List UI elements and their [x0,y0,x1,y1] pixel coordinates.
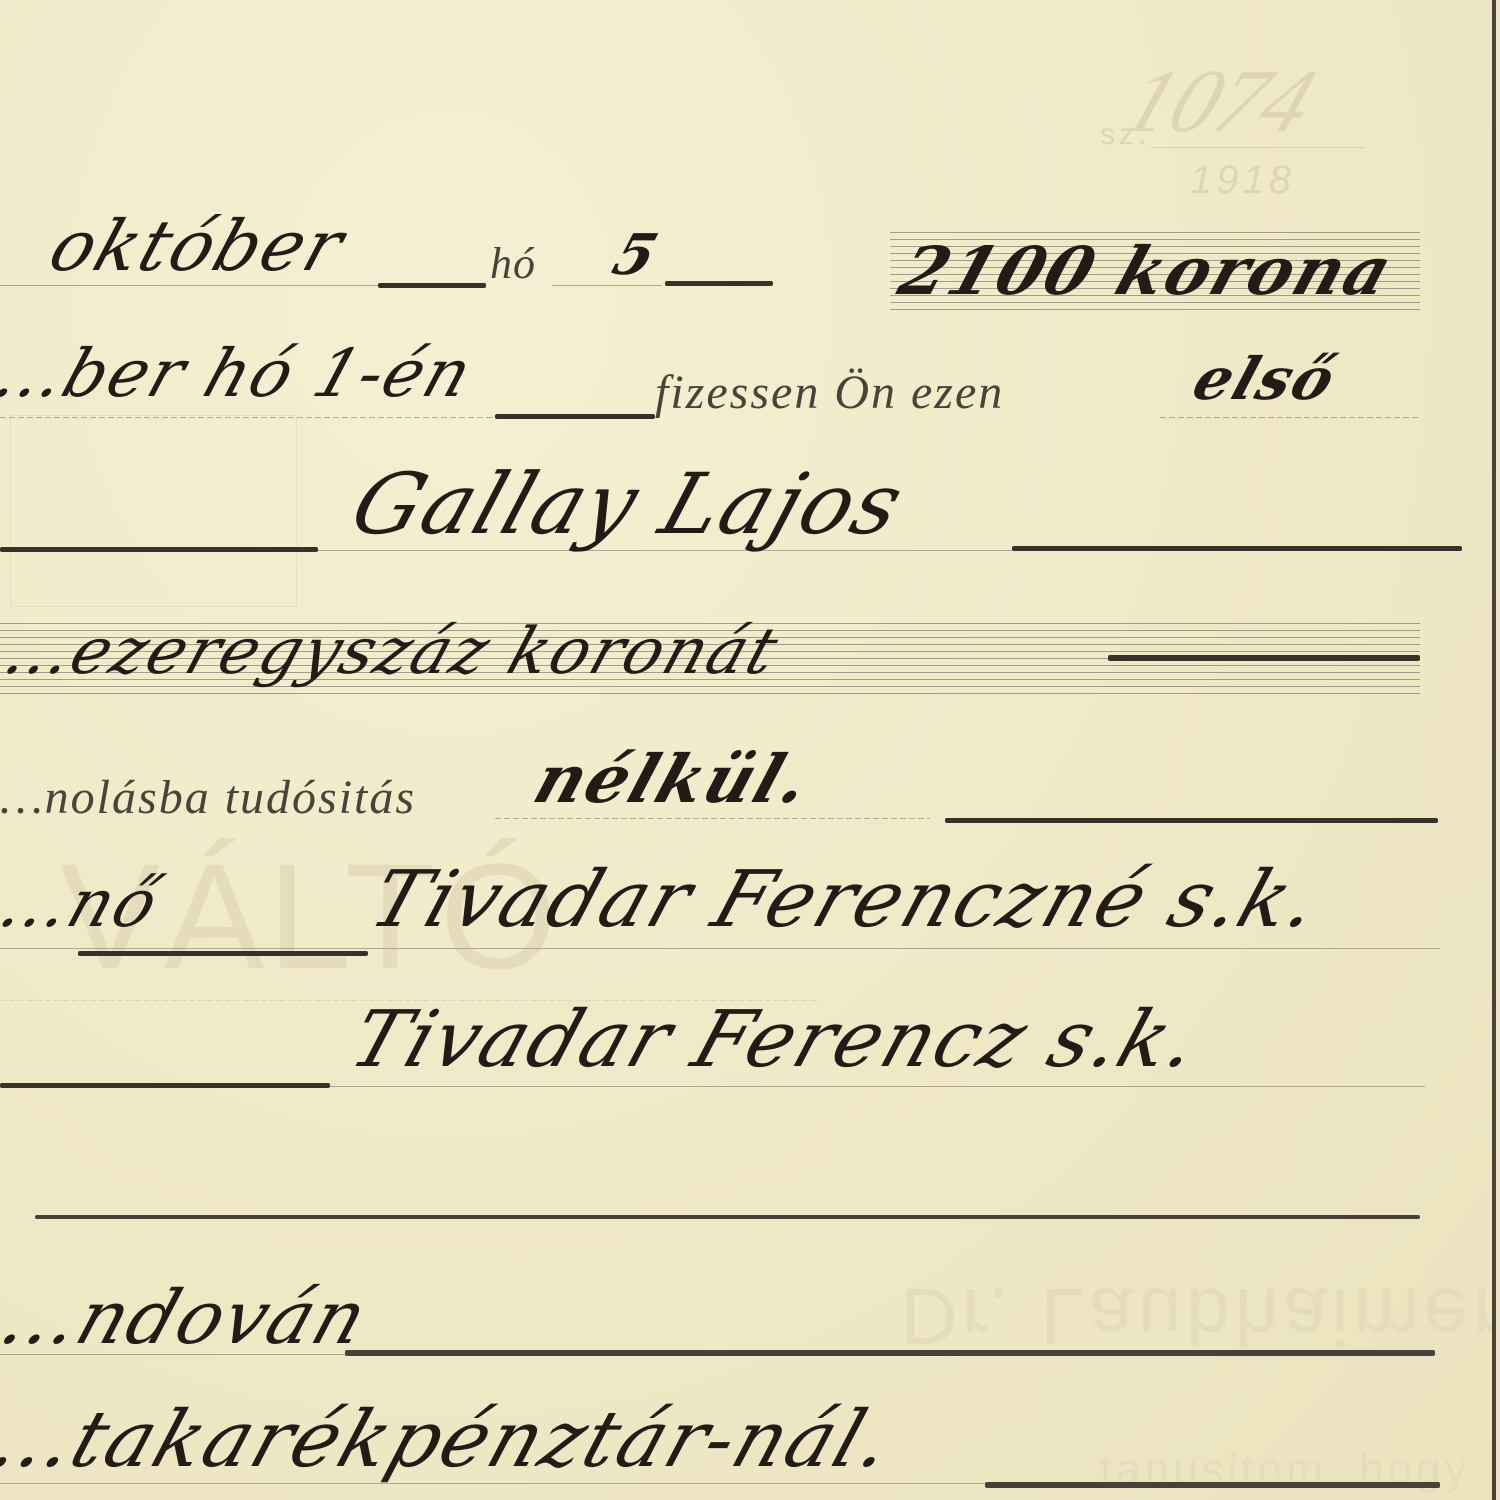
amount-handwritten: 2100 korona [890,232,1403,310]
line8-fill-bar [345,1350,1435,1356]
line3-fill-bar-left [0,547,318,552]
without-handwritten: nélkül. [525,740,821,818]
line8-rule [0,1354,345,1355]
line6-prefix-handwritten: …nő [0,865,169,942]
bank-handwritten: …takarékpénztár-nál. [0,1395,905,1485]
faint-number-mark: 1074 [1112,50,1378,150]
line2-rule-left [0,417,495,418]
line3-fill-bar-right [1012,546,1462,551]
faint-number-rule [1150,147,1365,148]
line7-rule [330,1086,1425,1087]
line6-fill-bar [78,951,368,956]
line2-fill-bar [495,414,655,419]
drawer-signature-2: Tivadar Ferencz s.k. [340,995,1211,1085]
faint-sz-label: sz. [1100,118,1150,152]
line2-rule-right [1160,417,1420,418]
line9-fill-bar [985,1482,1440,1488]
amount-words-handwritten: …ezeregyszáz koronát [0,615,788,689]
line8-top-bar [35,1215,1420,1219]
line7-fill-bar [0,1083,330,1088]
line6-rule [0,948,1440,949]
month-handwritten: október [40,205,355,287]
due-date-handwritten: …ber hó 1-én [0,335,483,412]
printed-fizessen: fizessen Ön ezen [655,365,1004,420]
line5-fill-bar [945,818,1438,823]
payee-handwritten: Gallay Lajos [340,455,917,553]
line4-fill-bar [1108,655,1420,661]
day-handwritten: 5 [605,222,667,288]
line1-fill-bar-a [378,283,486,288]
first-handwritten: első [1185,345,1345,413]
watermark-bank-name: Dr. Laubhaimer Ödön [900,1270,1500,1362]
printed-tudositas: …nolásba tudósitás [0,770,416,825]
right-border-line [1492,0,1496,1500]
watermark-frame [10,415,297,607]
drawer-signature-1: Tivadar Ferenczné s.k. [360,855,1332,945]
line5-rule [495,818,930,819]
printed-ho: hó [490,238,536,289]
faint-year: 1918 [1190,158,1295,203]
line1-fill-bar-b [665,281,773,286]
place-handwritten: …ndován [0,1275,379,1361]
